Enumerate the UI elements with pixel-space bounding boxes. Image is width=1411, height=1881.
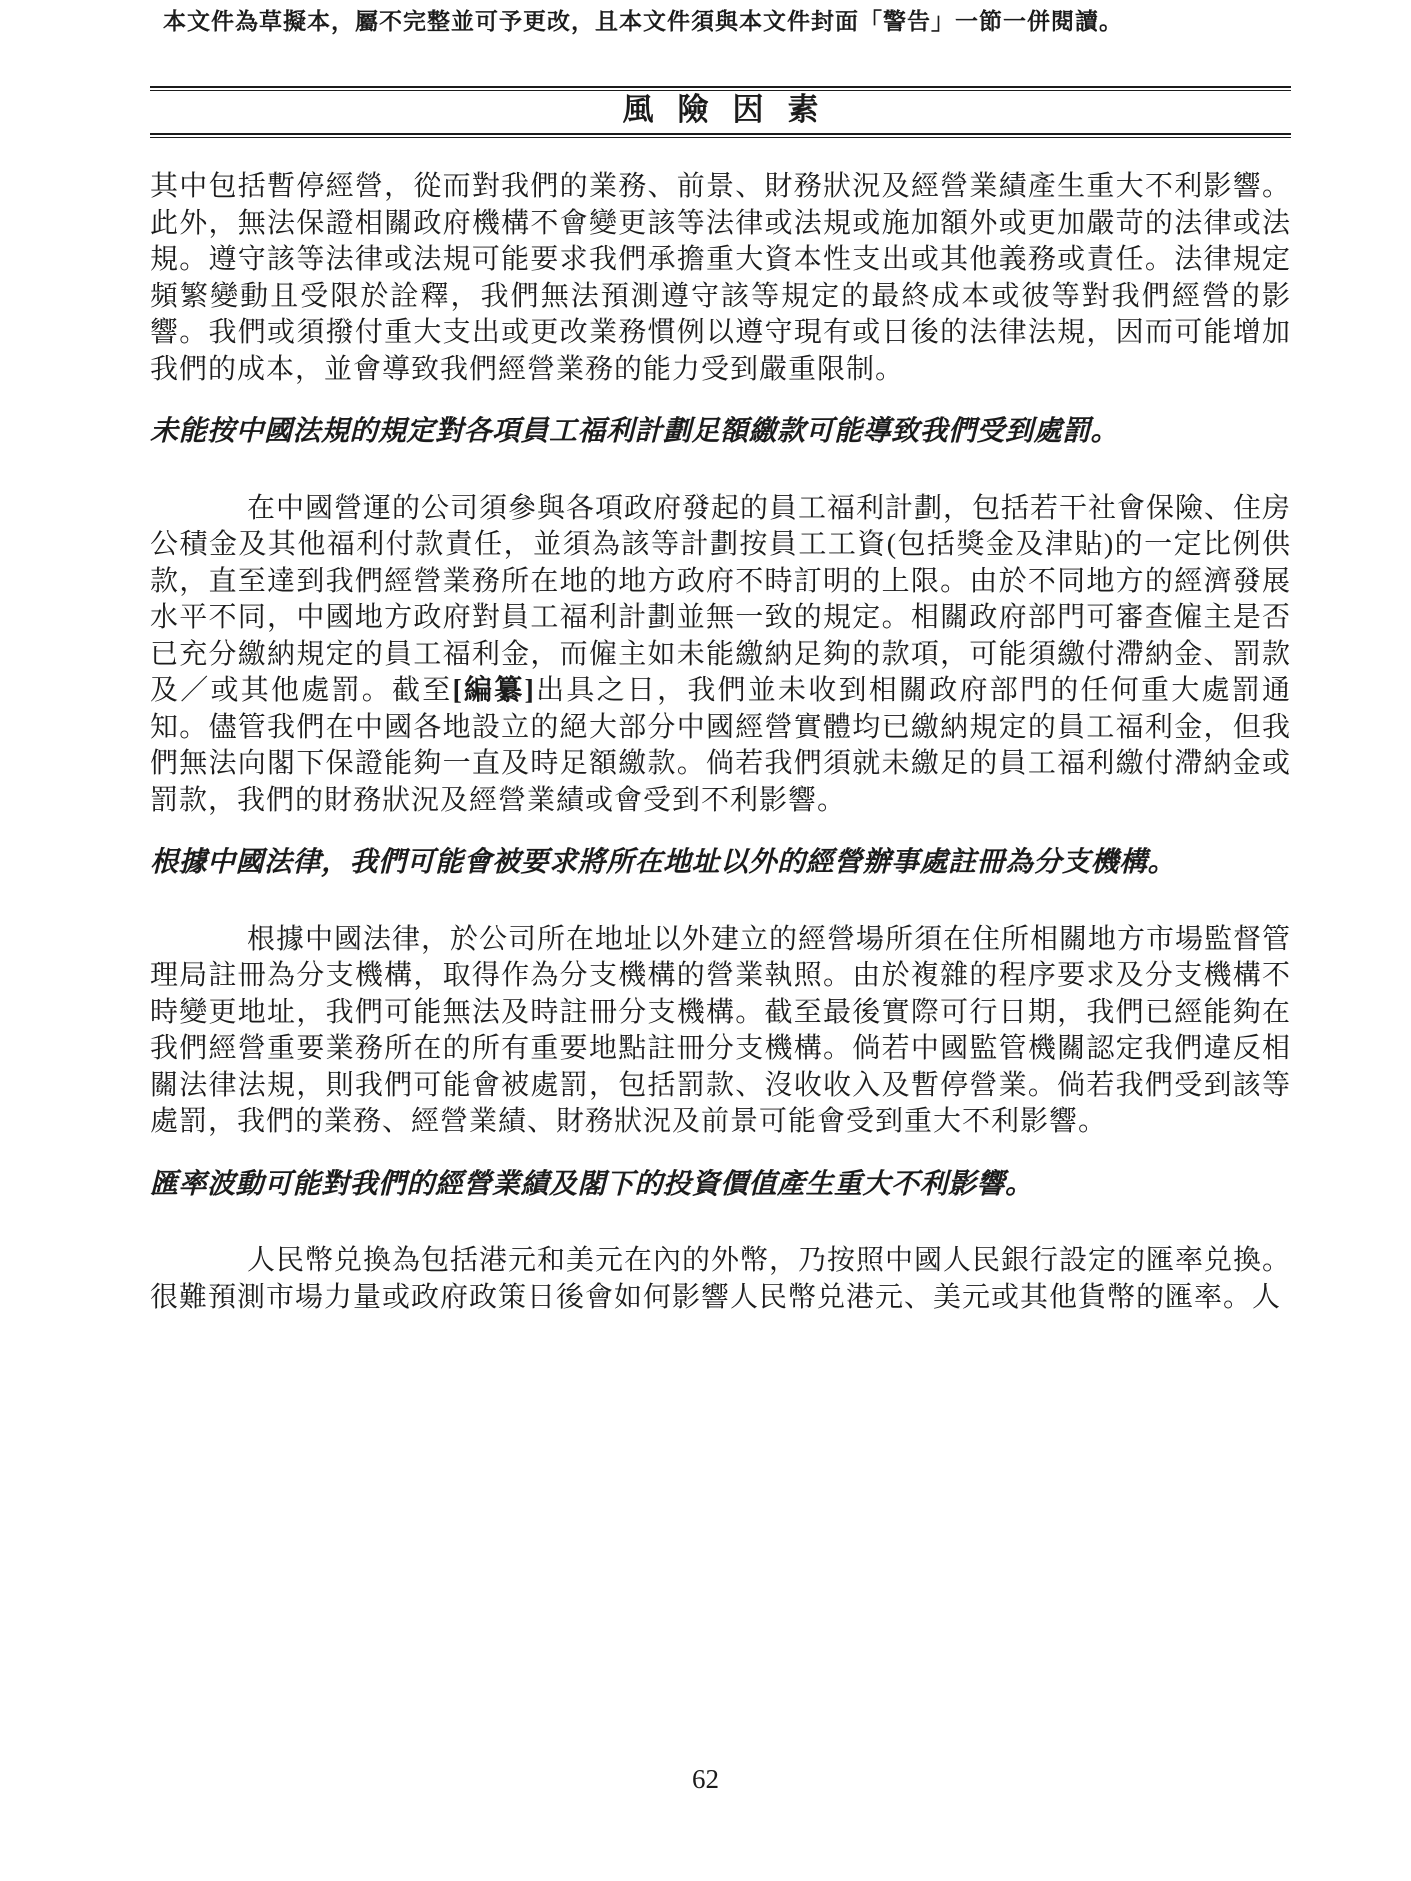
paragraph-text: 在中國營運的公司須參與各項政府發起的員工福利計劃，包括若干社會保險、住房公積金及… [150,493,1291,707]
redacted-placeholder: [編纂] [452,675,534,706]
paragraph-exchange-rate: 人民幣兑換為包括港元和美元在內的外幣，乃按照中國人民銀行設定的匯率兑換。很難預測… [150,1243,1291,1316]
body-content: 其中包括暫停經營，從而對我們的業務、前景、財務狀況及經營業績產生重大不利影響。此… [150,169,1291,1316]
page-title: 風險因素 [150,88,1291,132]
risk-heading-exchange-rate: 匯率波動可能對我們的經營業績及閣下的投資價值產生重大不利影響。 [150,1167,1291,1204]
title-rule-bottom [150,133,1291,138]
paragraph-branch-registration: 根據中國法律，於公司所在地址以外建立的經營場所須在住所相關地方市場監督管理局註冊… [150,922,1291,1141]
paragraph-employee-benefits: 在中國營運的公司須參與各項政府發起的員工福利計劃，包括若干社會保險、住房公積金及… [150,491,1291,820]
paragraph-continuation: 其中包括暫停經營，從而對我們的業務、前景、財務狀況及經營業績產生重大不利影響。此… [150,169,1291,388]
document-page: 本文件為草擬本，屬不完整並可予更改，且本文件須與本文件封面「警告」一節一併閱讀。… [0,0,1411,1881]
draft-disclaimer: 本文件為草擬本，屬不完整並可予更改，且本文件須與本文件封面「警告」一節一併閱讀。 [163,8,1123,36]
page-number: 62 [0,1763,1411,1795]
risk-heading-branch-registration: 根據中國法律，我們可能會被要求將所在地址以外的經營辦事處註冊為分支機構。 [150,845,1291,882]
risk-heading-employee-benefits: 未能按中國法規的規定對各項員工福利計劃足額繳款可能導致我們受到處罰。 [150,414,1291,451]
